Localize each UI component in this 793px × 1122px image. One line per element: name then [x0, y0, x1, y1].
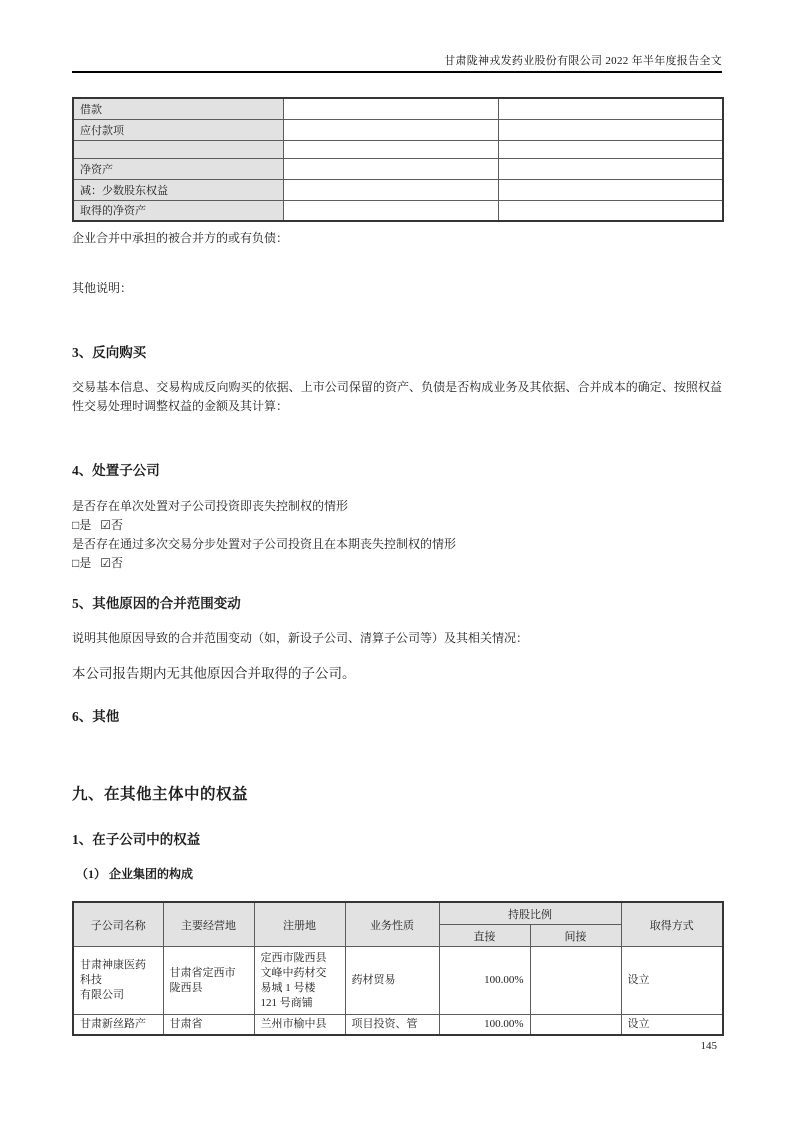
chapter-heading-interests-in-other-entities: 九、在其他主体中的权益	[72, 782, 722, 804]
table-row	[73, 140, 723, 158]
section-heading-scope-change: 5、其他原因的合并范围变动	[72, 592, 722, 612]
table-row: 取得的净资产	[73, 200, 723, 221]
value-cell	[283, 158, 498, 179]
header-registered-place: 注册地	[254, 902, 345, 947]
indirect-ratio	[530, 1015, 621, 1035]
value-cell	[498, 119, 723, 140]
table-row: 减：少数股东权益	[73, 179, 723, 200]
row-label: 取得的净资产	[73, 200, 283, 221]
row-label: 净资产	[73, 158, 283, 179]
value-cell	[283, 98, 498, 119]
main-place: 甘肃省定西市 陇西县	[163, 947, 254, 1015]
merger-summary-table: 借款 应付款项 净资产 减：少数股东权益	[72, 97, 724, 222]
value-cell	[283, 119, 498, 140]
checkbox-no-checked: ☑否	[100, 556, 123, 570]
acquisition-method: 设立	[621, 947, 723, 1015]
value-cell	[498, 200, 723, 221]
subsection-heading-group-composition: （1） 企业集团的构成	[76, 865, 722, 882]
checkbox-yes-unchecked: □是	[72, 556, 91, 570]
row-label: 减：少数股东权益	[73, 179, 283, 200]
header-main-place: 主要经营地	[163, 902, 254, 947]
subsidiary-composition-table: 子公司名称 主要经营地 注册地 业务性质 持股比例 取得方式 直接 间接 甘肃神…	[72, 901, 724, 1036]
value-cell	[283, 200, 498, 221]
direct-ratio: 100.00%	[439, 947, 530, 1015]
row-label: 借款	[73, 98, 283, 119]
table-header-row: 子公司名称 主要经营地 注册地 业务性质 持股比例 取得方式	[73, 902, 723, 925]
scope-change-description: 说明其他原因导致的合并范围变动（如，新设子公司、清算子公司等）及其相关情况：	[72, 629, 722, 648]
table-row: 借款	[73, 98, 723, 119]
header-acquisition-method: 取得方式	[621, 902, 723, 947]
header-direct: 直接	[439, 925, 530, 947]
subsidiary-name: 甘肃神康医药 科技 有限公司	[73, 947, 163, 1015]
row-label	[73, 140, 283, 158]
report-page: 甘肃陇神戎发药业股份有限公司 2022 年半年度报告全文 借款 应付款项 净资产	[0, 0, 793, 1122]
header-subsidiary-name: 子公司名称	[73, 902, 163, 947]
table-row: 应付款项	[73, 119, 723, 140]
scope-change-statement: 本公司报告期内无其他原因合并取得的子公司。	[72, 662, 722, 682]
document-header-title: 甘肃陇神戎发药业股份有限公司 2022 年半年度报告全文	[444, 52, 722, 68]
checkbox-no-checked: ☑否	[100, 518, 123, 532]
direct-ratio: 100.00%	[439, 1015, 530, 1035]
header-divider	[72, 71, 722, 73]
value-cell	[498, 140, 723, 158]
section-heading-disposal-subsidiary: 4、处置子公司	[72, 459, 722, 479]
business-nature: 药材贸易	[345, 947, 439, 1015]
table-row: 甘肃神康医药 科技 有限公司 甘肃省定西市 陇西县 定西市陇西县 文峰中药材交 …	[73, 947, 723, 1015]
table-row: 净资产	[73, 158, 723, 179]
other-notes-text: 其他说明：	[72, 279, 722, 298]
subsidiary-name: 甘肃新丝路产	[73, 1015, 163, 1035]
checkbox-yes-unchecked: □是	[72, 518, 91, 532]
acquisition-method: 设立	[621, 1015, 723, 1035]
reverse-purchase-description: 交易基本信息、交易构成反向购买的依据、上市公司保留的资产、负债是否构成业务及其依…	[72, 378, 722, 416]
page-number: 145	[701, 1040, 718, 1052]
header-shareholding-ratio: 持股比例	[439, 902, 621, 925]
answer-single-disposal: □是☑否	[72, 516, 722, 533]
answer-step-disposal: □是☑否	[72, 554, 722, 571]
question-single-disposal: 是否存在单次处置对子公司投资即丧失控制权的情形	[72, 497, 722, 516]
header-business-nature: 业务性质	[345, 902, 439, 947]
value-cell	[498, 179, 723, 200]
registered-place: 兰州市榆中县	[254, 1015, 345, 1035]
row-label: 应付款项	[73, 119, 283, 140]
section-heading-other: 6、其他	[72, 705, 722, 725]
indirect-ratio	[530, 947, 621, 1015]
question-step-disposal: 是否存在通过多次交易分步处置对子公司投资且在本期丧失控制权的情形	[72, 535, 722, 554]
header-indirect: 间接	[530, 925, 621, 947]
value-cell	[283, 179, 498, 200]
value-cell	[498, 158, 723, 179]
value-cell	[283, 140, 498, 158]
table-row: 甘肃新丝路产 甘肃省 兰州市榆中县 项目投资、管 100.00% 设立	[73, 1015, 723, 1035]
business-nature: 项目投资、管	[345, 1015, 439, 1035]
section-heading-interests-in-subsidiaries: 1、在子公司中的权益	[72, 828, 722, 848]
main-place: 甘肃省	[163, 1015, 254, 1035]
section-heading-reverse-purchase: 3、反向购买	[72, 341, 722, 361]
registered-place: 定西市陇西县 文峰中药材交 易城 1 号楼 121 号商铺	[254, 947, 345, 1015]
contingent-liabilities-text: 企业合并中承担的被合并方的或有负债：	[72, 229, 722, 248]
value-cell	[498, 98, 723, 119]
